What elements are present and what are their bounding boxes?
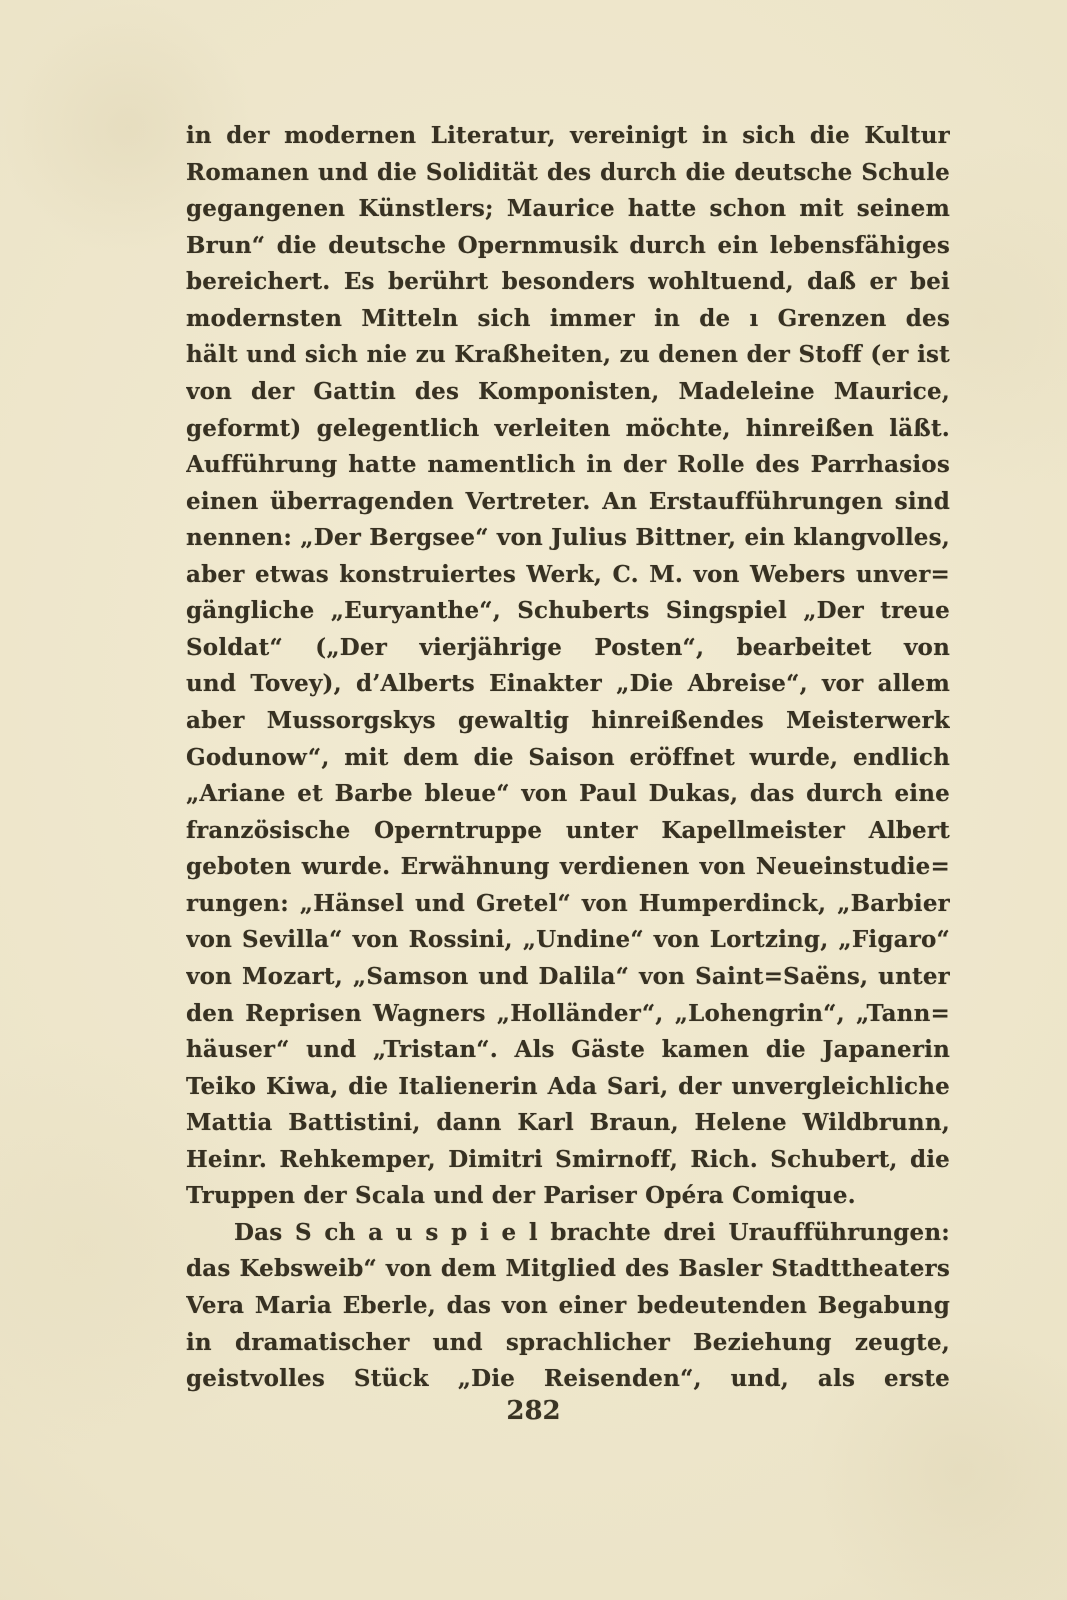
text-line: bereichert. Es berührt besonders wohltue… — [186, 264, 950, 301]
text-line: Soldat“ („Der vierjährige Posten“, bearb… — [186, 630, 950, 667]
text-line: französische Operntruppe unter Kapellmei… — [186, 813, 950, 850]
text-line: geistvolles Stück „Die Reisenden“, und, … — [186, 1361, 950, 1398]
text-line: den Reprisen Wagners „Holländer“, „Lohen… — [186, 996, 950, 1033]
text-line: Mattia Battistini, dann Karl Braun, Hele… — [186, 1105, 950, 1142]
text-line: von der Gattin des Komponisten, Madelein… — [186, 374, 950, 411]
text-line: geformt) gelegentlich verleiten möchte, … — [186, 411, 950, 448]
text-line: Brun“ die deutsche Opernmusik durch ein … — [186, 228, 950, 265]
text-line: gängliche „Euryanthe“, Schuberts Singspi… — [186, 593, 950, 630]
scanned-book-page: in der modernen Literatur, vereinigt in … — [0, 0, 1067, 1600]
text-line: aber Mussorgskys gewaltig hinreißendes M… — [186, 703, 950, 740]
text-line: von Mozart, „Samson und Dalila“ von Sain… — [186, 959, 950, 996]
text-line: geboten wurde. Erwähnung verdienen von N… — [186, 849, 950, 886]
text-line: häuser“ und „Tristan“. Als Gäste kamen d… — [186, 1032, 950, 1069]
text-line: Vera Maria Eberle, das von einer bedeute… — [186, 1288, 950, 1325]
text-line: Aufführung hatte namentlich in der Rolle… — [186, 447, 950, 484]
text-line: Heinr. Rehkemper, Dimitri Smirnoff, Rich… — [186, 1142, 950, 1179]
text-line: Teiko Kiwa, die Italienerin Ada Sari, de… — [186, 1069, 950, 1106]
text-line: hält und sich nie zu Kraßheiten, zu dene… — [186, 337, 950, 374]
text-line: gegangenen Künstlers; Maurice hatte scho… — [186, 191, 950, 228]
text-line: von Sevilla“ von Rossini, „Undine“ von L… — [186, 922, 950, 959]
text-line: rungen: „Hänsel und Gretel“ von Humperdi… — [186, 886, 950, 923]
text-block: in der modernen Literatur, vereinigt in … — [186, 118, 950, 1398]
text-line: Truppen der Scala und der Pariser Opéra … — [186, 1178, 950, 1215]
text-line: aber etwas konstruiertes Werk, C. M. von… — [186, 557, 950, 594]
text-line: Romanen und die Solidität des durch die … — [186, 155, 950, 192]
text-line: und Tovey), d’Alberts Einakter „Die Abre… — [186, 666, 950, 703]
text-line: das Kebsweib“ von dem Mitglied des Basle… — [186, 1251, 950, 1288]
text-line: einen überragenden Vertreter. An Erstauf… — [186, 484, 950, 521]
text-line: „Ariane et Barbe bleue“ von Paul Dukas, … — [186, 776, 950, 813]
text-line: nennen: „Der Bergsee“ von Julius Bittner… — [186, 520, 950, 557]
text-line: modernsten Mitteln sich immer in de ı Gr… — [186, 301, 950, 338]
text-line: in dramatischer und sprachlicher Beziehu… — [186, 1325, 950, 1362]
text-line: Godunow“, mit dem die Saison eröffnet wu… — [186, 740, 950, 777]
text-line-paragraph-start: Das S ch a u s p i e l brachte drei Urau… — [186, 1215, 950, 1252]
page-number: 282 — [0, 1396, 1067, 1426]
text-line: in der modernen Literatur, vereinigt in … — [186, 118, 950, 155]
